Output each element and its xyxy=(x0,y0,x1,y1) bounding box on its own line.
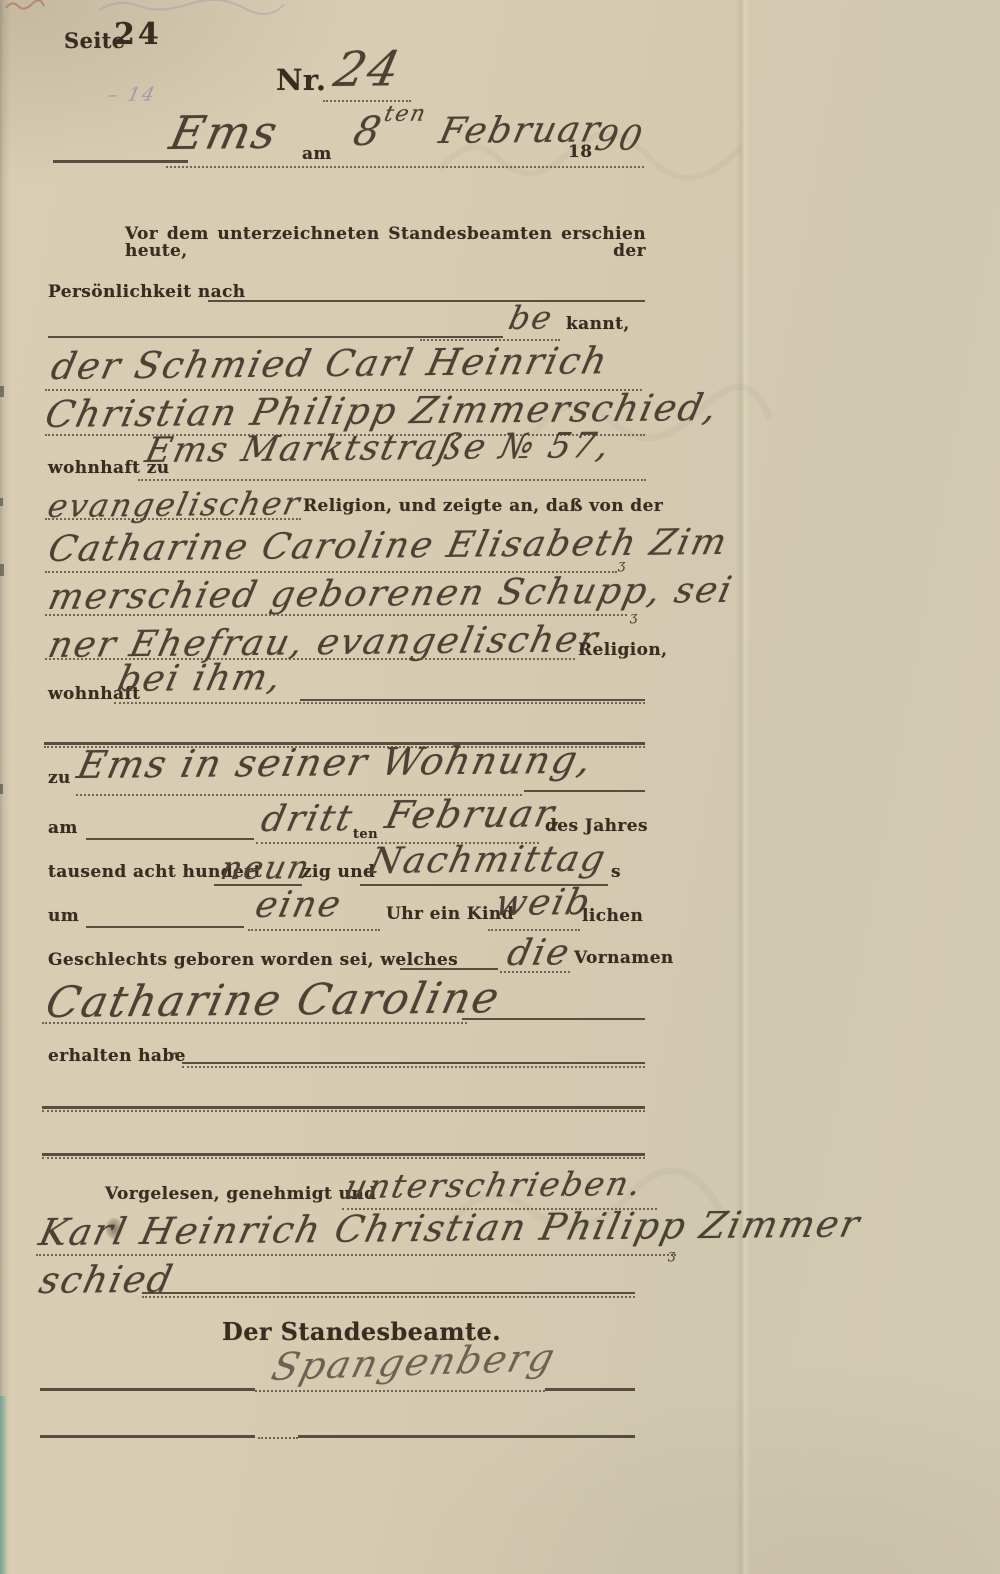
dateline-day: 8 xyxy=(350,112,386,152)
declarant-line-1: der Schmied Carl Heinrich xyxy=(48,342,612,385)
zig-und-label: zig und xyxy=(302,864,375,881)
day-suffix-label: ten xyxy=(353,828,378,841)
rule-line xyxy=(300,699,645,701)
rule-line xyxy=(142,1292,635,1294)
fold-crease xyxy=(736,0,750,1574)
registrar-signature: Spangenberg xyxy=(268,1338,560,1386)
dateline-place: Ems xyxy=(166,109,283,156)
record-number-label: Nr. xyxy=(276,66,326,95)
intro-line: Vor dem unterzeichneten Standesbeamten e… xyxy=(125,226,646,260)
binding-mark xyxy=(0,498,3,506)
rule-line xyxy=(182,1062,645,1064)
decade-value: neun xyxy=(218,851,314,884)
birth-month-value: Februar, xyxy=(382,794,569,834)
bei-ihm-value: bei ihm, xyxy=(114,660,286,698)
page-number: 24 xyxy=(114,20,162,50)
birth-day-value: dritt xyxy=(258,801,357,838)
dotted-rule xyxy=(45,614,627,616)
rule-line xyxy=(86,926,244,928)
rule-line xyxy=(400,968,498,970)
des-jahres-label: des Jahres xyxy=(545,818,648,835)
hour-value: eine xyxy=(252,887,345,924)
unterschrieben-value: unterschrieben. xyxy=(342,1167,646,1203)
lichen-suffix-label: lichen xyxy=(582,908,643,925)
sex-value: weib xyxy=(492,885,595,922)
birth-place-label: zu xyxy=(48,770,71,787)
dotted-rule xyxy=(255,1390,545,1392)
dotted-rule xyxy=(258,1437,298,1439)
residence-value: Ems Marktstraße № 57, xyxy=(142,429,614,469)
die-article: die xyxy=(504,935,574,972)
declarant-religion: evangelischer xyxy=(45,487,304,522)
dateline-am-label: am xyxy=(302,146,332,163)
dateline-century: 18 xyxy=(568,144,592,161)
mother-name-line-1: Catharine Caroline Elisabeth Zim xyxy=(45,525,732,568)
binding-mark xyxy=(0,784,3,794)
dotted-rule xyxy=(42,1110,645,1112)
rule-line xyxy=(462,1018,645,1020)
erhalten-habe-label: erhalten habe xyxy=(48,1048,186,1065)
child-name: Catharine Caroline xyxy=(42,977,504,1025)
rule-line xyxy=(298,1435,635,1438)
dotted-rule xyxy=(500,971,570,973)
rule-line xyxy=(40,1388,255,1391)
rule-line xyxy=(42,1106,645,1109)
um-label: um xyxy=(48,908,79,925)
dotted-rule xyxy=(42,1157,645,1159)
dotted-rule xyxy=(42,1022,467,1024)
document-page: Seite 24 – 14 Nr. 24 Ems am 8 ten Februa… xyxy=(0,0,1000,1574)
dotted-rule xyxy=(45,518,301,520)
dateline-year: 90 xyxy=(592,122,647,156)
dotted-rule xyxy=(166,166,644,168)
religion-clause: Religion, und zeigte an, daß von der xyxy=(303,498,663,515)
binding-edge xyxy=(0,1396,7,1574)
bekannt-prefix-hw: be xyxy=(506,302,557,334)
rule-line xyxy=(545,1388,635,1391)
dotted-rule xyxy=(138,479,646,481)
margin-pencil-number: – 14 xyxy=(106,86,158,105)
dotted-rule xyxy=(182,1066,645,1068)
birth-place-value: Ems in seiner Wohnung, xyxy=(74,741,597,784)
rule-line xyxy=(48,336,503,338)
dotted-rule xyxy=(114,702,645,704)
declarant-line-2: Christian Philipp Zimmerschied, xyxy=(42,389,722,433)
persoenlichkeit-label: Persönlichkeit nach xyxy=(48,284,246,301)
dotted-rule xyxy=(488,929,580,931)
dateline-day-suffix: ten xyxy=(382,104,429,126)
religion-word: Religion, xyxy=(578,642,667,659)
rule-line xyxy=(86,838,254,840)
birth-date-label: am xyxy=(48,820,78,837)
hyphen-mark: ʒ xyxy=(630,610,637,625)
rule-line xyxy=(40,1435,255,1438)
declarant-signature-line-1: Karl Heinrich Christian Philipp Zimmer xyxy=(36,1205,864,1251)
dotted-rule xyxy=(248,929,380,931)
bekannt-suffix: kannt, xyxy=(566,316,630,333)
rule-line xyxy=(53,160,188,163)
rule-line xyxy=(42,1153,645,1156)
dotted-rule xyxy=(142,1296,635,1298)
s-suffix-label: s xyxy=(611,864,621,881)
geschlechts-clause: Geschlechts geboren worden sei, welches xyxy=(48,952,458,969)
vorgelesen-clause: Vorgelesen, genehmigt und xyxy=(105,1186,376,1203)
binding-mark xyxy=(0,564,4,576)
binding-mark xyxy=(0,386,4,397)
dotted-rule xyxy=(36,1254,676,1256)
record-number: 24 xyxy=(330,45,406,94)
daytime-value: Nachmittag xyxy=(366,842,610,880)
rule-line xyxy=(208,300,645,302)
vornamen-label: Vornamen xyxy=(574,950,674,967)
